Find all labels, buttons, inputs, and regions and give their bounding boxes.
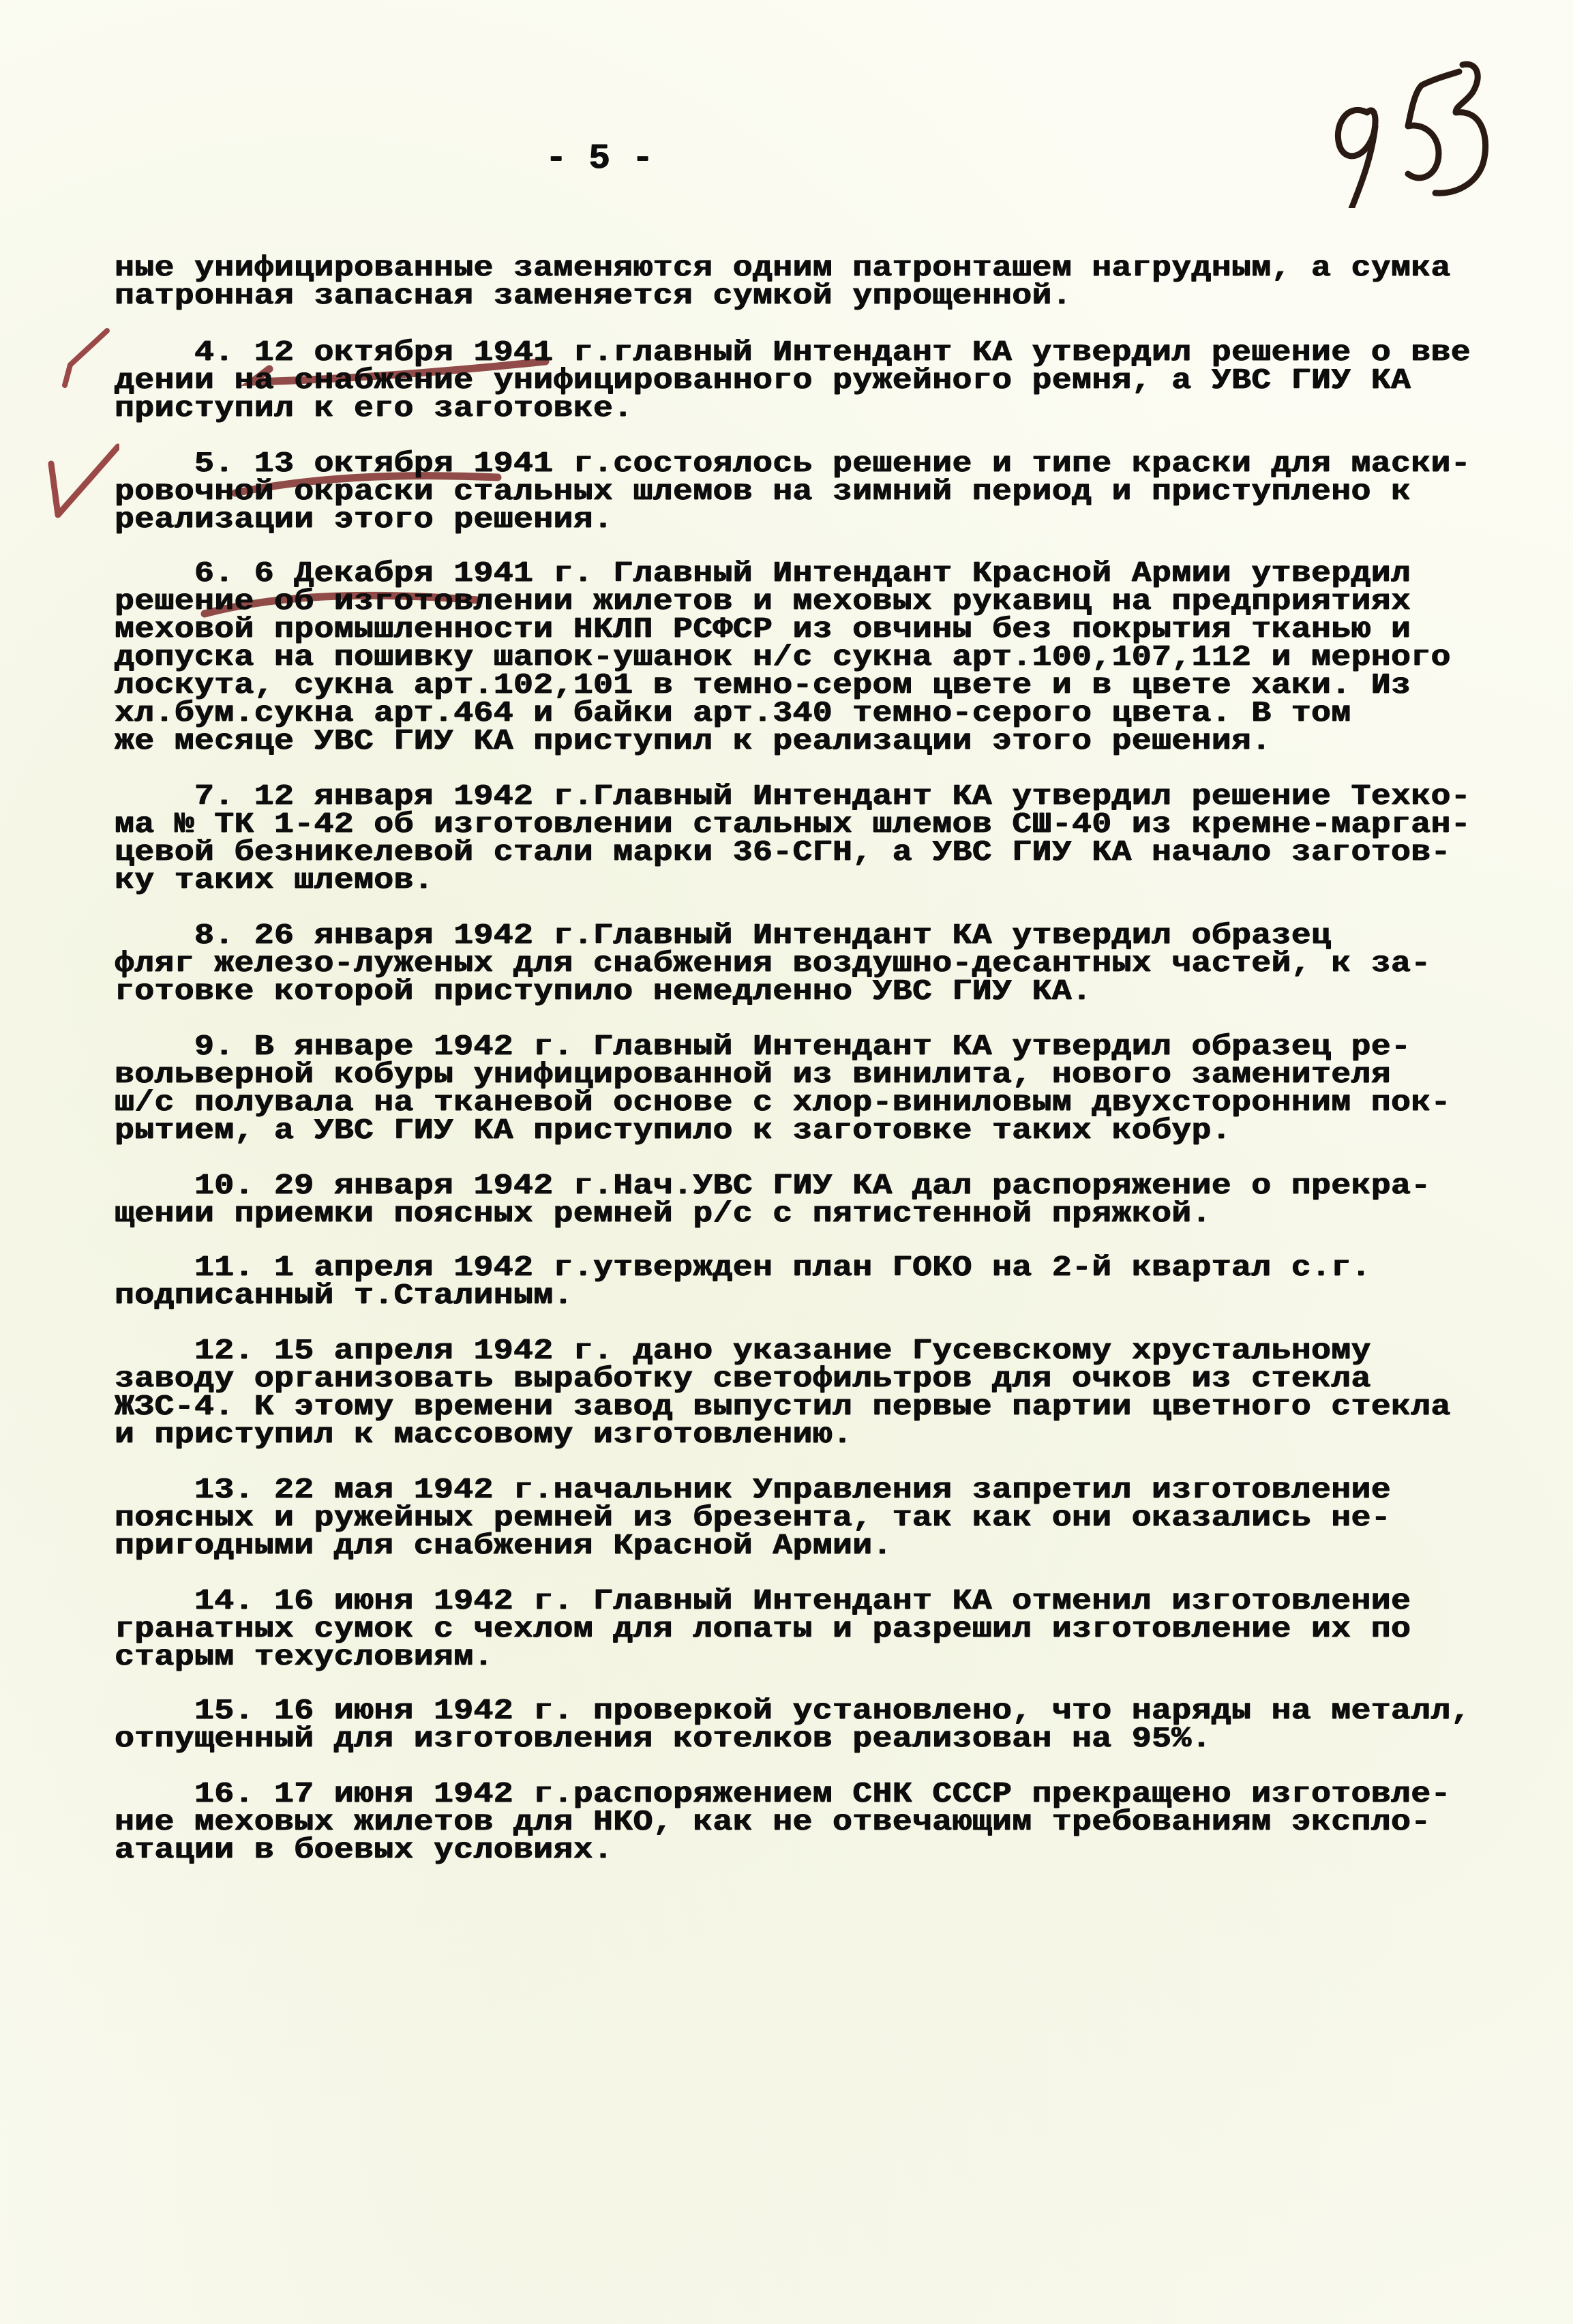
text-line: 6. 6 Декабря 1941 г. Главный Интендант К… [115,559,1471,587]
paragraph-item-14: 14. 16 июня 1942 г. Главный Интендант КА… [115,1587,1471,1671]
text-line: ку таких шлемов. [115,866,1471,894]
document-page: 253 - 5 - ные унифицированные заменяются… [0,0,1573,2324]
text-line: 8. 26 января 1942 г.Главный Интендант КА… [115,921,1471,949]
text-line: лоскута, сукна арт.102,101 в темно-сером… [115,671,1471,699]
text-line: гранатных сумок с чехлом для лопаты и ра… [115,1615,1471,1643]
text-line: 12. 15 апреля 1942 г. дано указание Гусе… [115,1337,1471,1365]
paragraph-item-11: 11. 1 апреля 1942 г.утвержден план ГОКО … [115,1253,1471,1309]
paragraph-item-7: 7. 12 января 1942 г.Главный Интендант КА… [115,782,1471,894]
text-line: рытием, а УВС ГИУ КА приступило к загото… [115,1116,1471,1144]
text-line: 7. 12 января 1942 г.Главный Интендант КА… [115,782,1471,810]
text-line: 4. 12 октября 1941 г.главный Интендант К… [115,338,1471,366]
paragraph-continuation: ные унифицированные заменяются одним пат… [115,254,1471,310]
text-line: пригодными для снабжения Красной Армии. [115,1532,1471,1560]
text-line: заводу организовать выработку светофильт… [115,1365,1471,1392]
text-line: меховой промышленности НКЛП РСФСР из овч… [115,615,1471,643]
text-line: допуска на пошивку шапок-ушанок н/с сукн… [115,643,1471,671]
paragraph-item-5: 5. 13 октября 1941 г.состоялось решение … [115,449,1471,533]
check-mark-icon [38,321,119,525]
text-line: готовке которой приступило немедленно УВ… [115,977,1471,1005]
paragraph-item-16: 16. 17 июня 1942 г.распоряжением СНК ССС… [115,1780,1471,1864]
text-line: ш/с полувала на тканевой основе с хлор-в… [115,1088,1471,1116]
text-line: отпущенный для изготовления котелков реа… [115,1725,1471,1753]
paragraph-item-9: 9. В январе 1942 г. Главный Интендант КА… [115,1032,1471,1144]
text-line: старым техусловиям. [115,1643,1471,1671]
text-line: ные унифицированные заменяются одним пат… [115,254,1471,282]
text-line: 16. 17 июня 1942 г.распоряжением СНК ССС… [115,1780,1471,1808]
text-line: дении на снабжение унифицированного руже… [115,366,1471,394]
text-line: решение об изготовлении жилетов и меховы… [115,587,1471,615]
text-line: патронная запасная заменяется сумкой упр… [115,282,1471,310]
text-line: и приступил к массовому изготовлению. [115,1420,1471,1448]
paragraph-item-8: 8. 26 января 1942 г.Главный Интендант КА… [115,921,1471,1005]
text-line: 9. В январе 1942 г. Главный Интендант КА… [115,1032,1471,1060]
text-line: цевой безникелевой стали марки 36-СГН, а… [115,838,1471,866]
text-line: 15. 16 июня 1942 г. проверкой установлен… [115,1697,1471,1725]
text-line: поясных и ружейных ремней из брезента, т… [115,1504,1471,1532]
paragraph-item-12: 12. 15 апреля 1942 г. дано указание Гусе… [115,1337,1471,1448]
text-line: ЖЗС-4. К этому времени завод выпустил пе… [115,1392,1471,1420]
paragraph-item-13: 13. 22 мая 1942 г.начальник Управления з… [115,1476,1471,1560]
text-line: 11. 1 апреля 1942 г.утвержден план ГОКО … [115,1253,1471,1281]
page-number: - 5 - [545,145,654,173]
paragraph-item-6: 6. 6 Декабря 1941 г. Главный Интендант К… [115,559,1471,755]
text-line: реализации этого решения. [115,505,1471,533]
text-line: подписанный т.Сталиным. [115,1281,1471,1309]
paragraph-item-15: 15. 16 июня 1942 г. проверкой установлен… [115,1697,1471,1753]
text-line: хл.бум.сукна арт.464 и байки арт.340 тем… [115,699,1471,727]
text-line: атации в боевых условиях. [115,1836,1471,1864]
text-line: ма № ТК 1-42 об изготовлении стальных шл… [115,810,1471,838]
text-line: ние меховых жилетов для НКО, как не отве… [115,1808,1471,1836]
paragraph-item-4: 4. 12 октября 1941 г.главный Интендант К… [115,338,1471,422]
text-line: приступил к его заготовке. [115,394,1471,422]
text-line: 5. 13 октября 1941 г.состоялось решение … [115,449,1471,477]
text-line: 10. 29 января 1942 г.Нач.УВС ГИУ КА дал … [115,1172,1471,1200]
text-line: ровочной окраски стальных шлемов на зимн… [115,477,1471,505]
document-body: ные унифицированные заменяются одним пат… [115,254,1471,1891]
paragraph-item-10: 10. 29 января 1942 г.Нач.УВС ГИУ КА дал … [115,1172,1471,1227]
text-line: же месяце УВС ГИУ КА приступил к реализа… [115,727,1471,755]
text-line: вольверной кобуры унифицированной из вин… [115,1060,1471,1088]
handwritten-folio-number: 253 [1319,38,1497,208]
text-line: 13. 22 мая 1942 г.начальник Управления з… [115,1476,1471,1504]
text-line: щении приемки поясных ремней р/с с пятис… [115,1200,1471,1227]
text-line: фляг железо-луженых для снабжения воздуш… [115,949,1471,977]
text-line: 14. 16 июня 1942 г. Главный Интендант КА… [115,1587,1471,1615]
